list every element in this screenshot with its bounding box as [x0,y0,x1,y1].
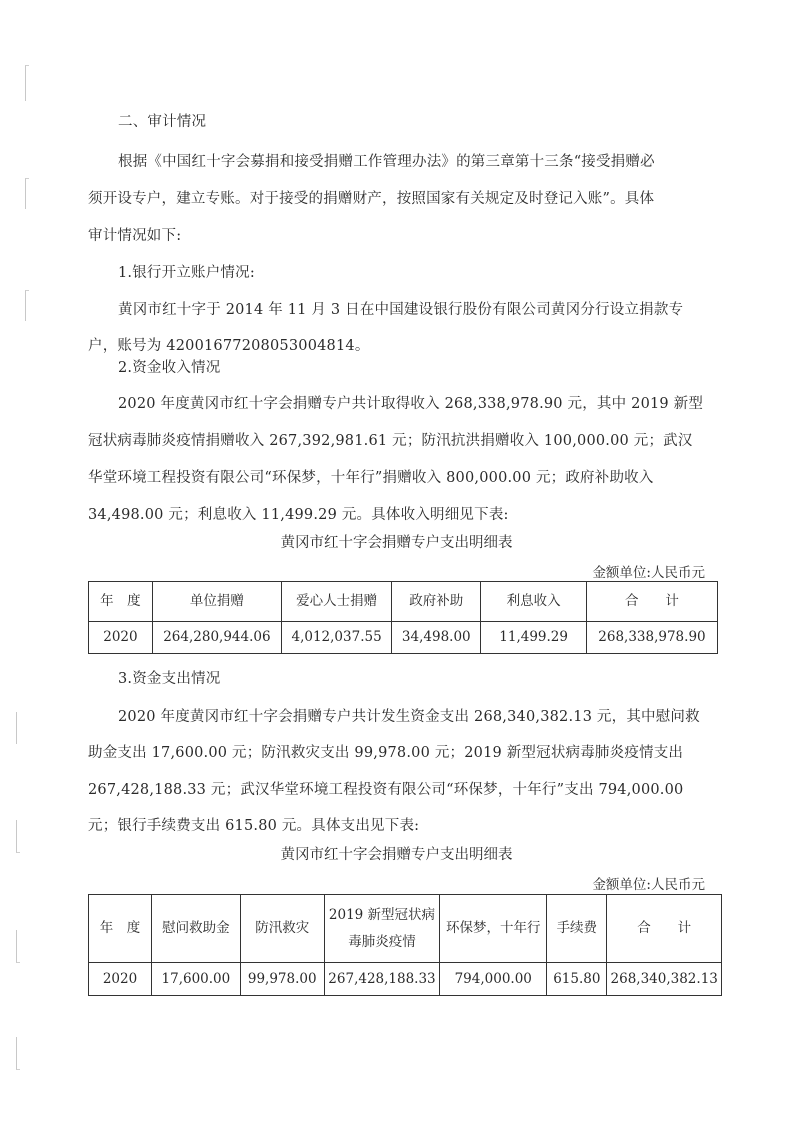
paragraph-line: 2020 年度黄冈市红十字会捐赠专户共计取得收入 268,338,978.90 … [118,392,703,413]
cell: 2020 [89,963,152,996]
table1-unit: 金额单位:人民币元 [592,561,705,581]
header-cell: 环保梦，十年行 [440,895,547,963]
paragraph-line: 助金支出 17,600.00 元；防汛救灾支出 99,978.00 元；2019… [88,741,683,762]
header-cell: 防汛救灾 [240,895,324,963]
binding-mark [25,178,29,209]
header-cell: 利息收入 [481,582,587,622]
binding-mark [16,930,20,963]
subsection-title: 2.资金收入情况 [118,356,220,377]
cell: 264,280,944.06 [152,622,281,654]
binding-mark [25,65,29,101]
paragraph-line: 267,428,188.33 元；武汉华堂环境工程投资有限公司“环保梦，十年行”… [88,778,683,799]
table-header-row: 年 度 单位捐赠 爱心人士捐赠 政府补助 利息收入 合 计 [89,582,718,622]
cell: 99,978.00 [240,963,324,996]
paragraph-line: 黄冈市红十字于 2014 年 11 月 3 日在中国建设银行股份有限公司黄冈分行… [118,298,683,319]
expense-table: 年 度 慰问救助金 防汛救灾 2019 新型冠状病 毒肺炎疫情 环保梦，十年行 … [88,894,722,996]
table-row: 2020 264,280,944.06 4,012,037.55 34,498.… [89,622,718,654]
cell: 17,600.00 [152,963,241,996]
paragraph-line: 华堂环境工程投资有限公司“环保梦，十年行”捐赠收入 800,000.00 元；政… [88,466,654,487]
table2-title: 黄冈市红十字会捐赠专户支出明细表 [0,843,793,864]
header-cell: 慰问救助金 [152,895,241,963]
paragraph-line: 户，账号为 42001677208053004814。 [88,334,370,355]
header-cell: 合 计 [607,895,722,963]
table-header-row: 年 度 慰问救助金 防汛救灾 2019 新型冠状病 毒肺炎疫情 环保梦，十年行 … [89,895,722,963]
header-cell: 单位捐赠 [152,582,281,622]
header-cell: 年 度 [89,582,153,622]
table1-title: 黄冈市红十字会捐赠专户支出明细表 [0,531,793,552]
header-line: 毒肺炎疫情 [325,929,440,956]
header-cell: 政府补助 [392,582,481,622]
header-cell: 爱心人士捐赠 [281,582,391,622]
intro-line: 审计情况如下: [88,224,181,245]
header-cell: 年 度 [89,895,152,963]
binding-mark [16,1037,20,1070]
paragraph-line: 2020 年度黄冈市红十字会捐赠专户共计发生资金支出 268,340,382.1… [118,705,700,726]
table-row: 2020 17,600.00 99,978.00 267,428,188.33 … [89,963,722,996]
table2-unit: 金额单位:人民币元 [592,873,705,893]
income-table: 年 度 单位捐赠 爱心人士捐赠 政府补助 利息收入 合 计 2020 264,2… [88,581,718,654]
binding-mark [25,290,29,321]
cell: 267,428,188.33 [324,963,440,996]
cell: 794,000.00 [440,963,547,996]
binding-mark [16,712,20,744]
paragraph-line: 元；银行手续费支出 615.80 元。具体支出见下表: [88,814,419,835]
header-cell: 2019 新型冠状病 毒肺炎疫情 [324,895,440,963]
section-title: 二、审计情况 [118,110,206,131]
subsection-title: 1.银行开立账户情况: [118,261,255,282]
cell: 268,340,382.13 [607,963,722,996]
intro-line: 须开设专户，建立专账。对于接受的捐赠财产，按照国家有关规定及时登记入账”。具体 [88,187,654,208]
cell: 2020 [89,622,153,654]
cell: 268,338,978.90 [586,622,717,654]
paragraph-line: 冠状病毒肺炎疫情捐赠收入 267,392,981.61 元；防汛抗洪捐赠收入 1… [88,429,693,450]
header-cell: 合 计 [586,582,717,622]
paragraph-line: 34,498.00 元；利息收入 11,499.29 元。具体收入明细见下表: [88,503,509,524]
cell: 615.80 [547,963,607,996]
cell: 4,012,037.55 [281,622,391,654]
intro-line: 根据《中国红十字会募捐和接受捐赠工作管理办法》的第三章第十三条“接受捐赠必 [118,150,655,171]
header-line: 2019 新型冠状病 [325,902,440,929]
subsection-title: 3.资金支出情况 [118,667,220,688]
header-cell: 手续费 [547,895,607,963]
cell: 34,498.00 [392,622,481,654]
cell: 11,499.29 [481,622,587,654]
